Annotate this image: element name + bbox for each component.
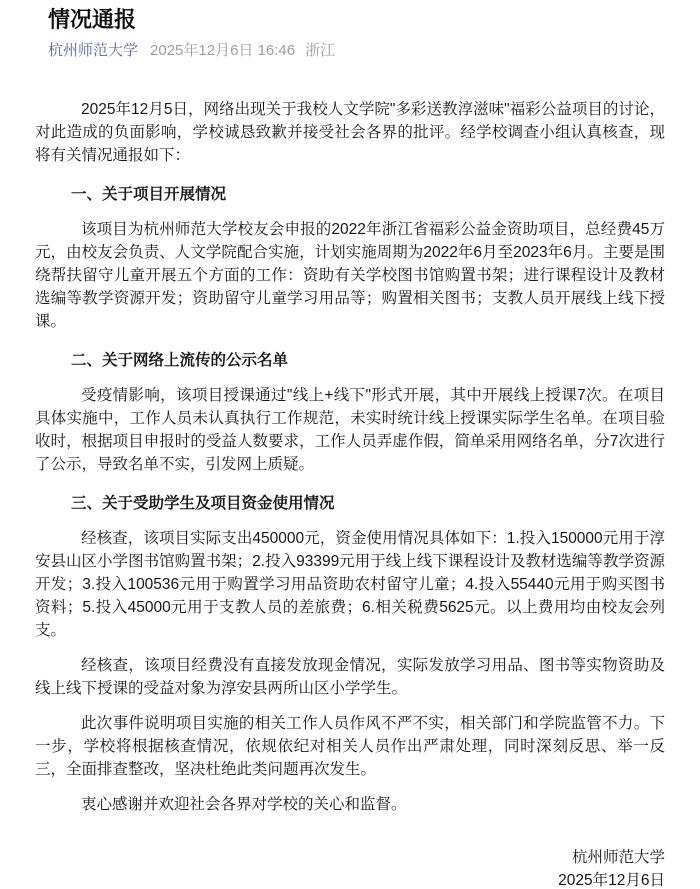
account-name-link[interactable]: 杭州师范大学 (48, 42, 138, 59)
section1-paragraph: 该项目为杭州师范大学校友会申报的2022年浙江省福彩公益金资助项目，总经费45万… (35, 218, 665, 333)
signature-date: 2025年12月6日 (35, 869, 665, 889)
article-page: 情况通报 杭州师范大学2025年12月6日 16:46浙江 2025年12月5日… (0, 0, 700, 889)
section3-paragraph-funds: 经核查，该项目实际支出450000元，资金使用情况具体如下：1.投入150000… (35, 527, 665, 642)
byline: 杭州师范大学2025年12月6日 16:46浙江 (48, 42, 665, 60)
publish-datetime: 2025年12月6日 16:46 (150, 42, 295, 59)
article-body: 2025年12月5日，网络出现关于我校人文学院"多彩送教淳滋味"福彩公益项目的讨… (35, 98, 665, 889)
article-header: 情况通报 杭州师范大学2025年12月6日 16:46浙江 (35, 0, 665, 60)
section-heading-1: 一、关于项目开展情况 (35, 183, 665, 206)
closing-paragraph-thanks: 衷心感谢并欢迎社会各界对学校的关心和监督。 (35, 793, 665, 816)
closing-paragraph-measures: 此次事件说明项目实施的相关工作人员作风不严不实，相关部门和学院监管不力。下一步，… (35, 712, 665, 781)
intro-paragraph: 2025年12月5日，网络出现关于我校人文学院"多彩送教淳滋味"福彩公益项目的讨… (35, 98, 665, 167)
signature-block: 杭州师范大学 2025年12月6日 (35, 846, 665, 889)
publish-location: 浙江 (305, 42, 335, 59)
section3-paragraph-beneficiaries: 经核查，该项目经费没有直接发放现金情况，实际发放学习用品、图书等实物资助及线上线… (35, 654, 665, 700)
article-title: 情况通报 (48, 0, 665, 33)
section-heading-2: 二、关于网络上流传的公示名单 (35, 349, 665, 372)
section2-paragraph: 受疫情影响，该项目授课通过"线上+线下"形式开展，其中开展线上授课7次。在项目具… (35, 384, 665, 476)
section-heading-3: 三、关于受助学生及项目资金使用情况 (35, 492, 665, 515)
signature-name: 杭州师范大学 (35, 846, 665, 869)
